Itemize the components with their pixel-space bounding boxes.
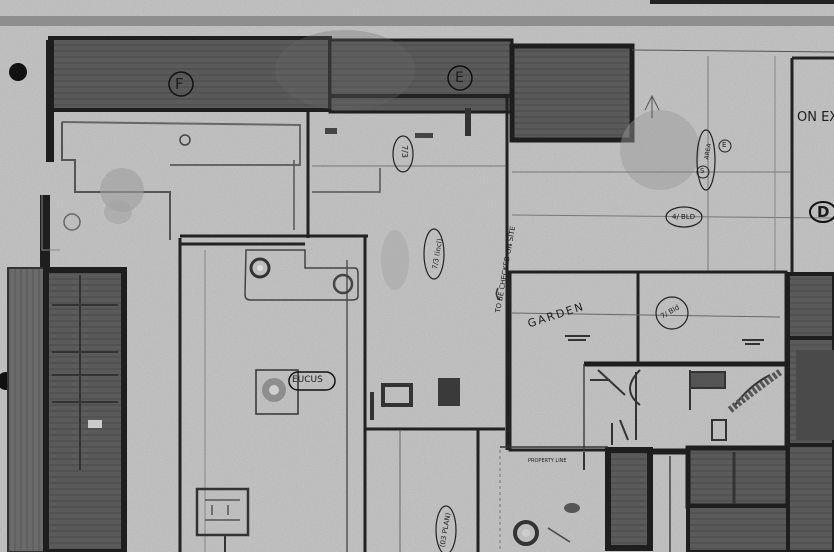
left-building — [46, 270, 124, 552]
site-plan-drawing — [0, 0, 834, 552]
annotation-bubble-4: 4/ BLD — [672, 213, 695, 221]
bottom-room-2 — [688, 448, 788, 506]
grid-marker-E: E — [455, 70, 464, 86]
left-hatched-strip — [8, 268, 46, 552]
on-existing-label: ON EX — [797, 110, 834, 125]
top-fold-band — [0, 16, 834, 26]
small-circle-label-2: E — [722, 141, 726, 149]
grid-marker-D: D — [817, 203, 829, 221]
eucalyptus-label: EUCUS — [292, 375, 323, 385]
bottom-room-1 — [608, 450, 650, 548]
building-E-annex — [512, 46, 632, 140]
small-circle-label-1: S — [700, 167, 704, 175]
drawing-sheet: F E D ON EX GARDEN EUCUS TO BE CHECKED O… — [0, 0, 834, 552]
annotation-bubble-1: 7/3 — [400, 145, 409, 158]
grid-marker-F: F — [175, 75, 184, 93]
property-line-label: PROPERTY LINE — [528, 458, 567, 464]
binding-hole-top — [9, 63, 27, 81]
